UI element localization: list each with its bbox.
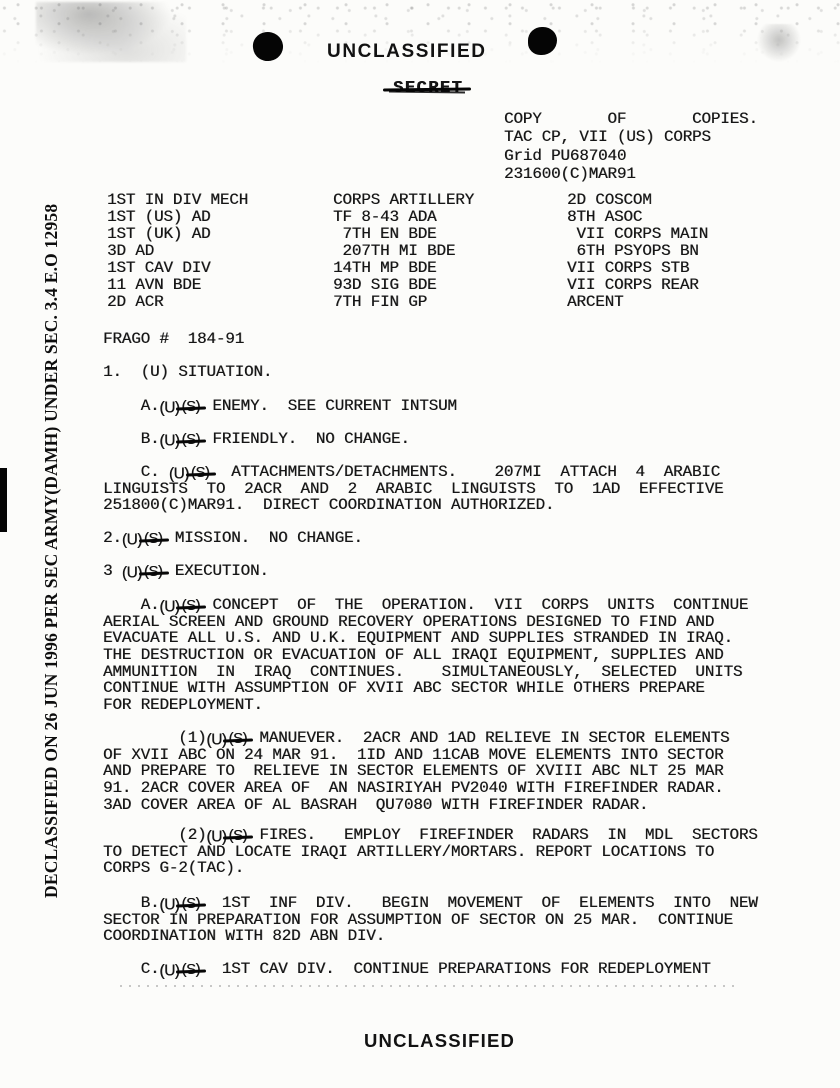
para-text: EVACUATE ALL U.S. AND U.K. EQUIPMENT AND… [103, 630, 763, 647]
para-text: COORDINATION WITH 82D ABN DIV. [103, 928, 763, 945]
para-text: LINGUISTS TO 2ACR AND 2 ARABIC LINGUISTS… [103, 481, 763, 498]
distribution-list: 1ST IN DIV MECH 1ST (US) AD 1ST (UK) AD … [103, 192, 793, 314]
scanned-document-page: UNCLASSIFIED SECRET COPY OF COPIES. TAC … [0, 0, 840, 1088]
para-label: C. [103, 960, 159, 978]
unit-entry: 1ST (US) AD [107, 209, 248, 226]
bottom-classification-banner: UNCLASSIFIED [364, 1030, 515, 1052]
para-text: AND PREPARE TO RELIEVE IN SECTOR ELEMENT… [103, 763, 763, 780]
unit-entry: TF 8-43 ADA [333, 209, 474, 226]
unit-entry: VII CORPS MAIN [567, 226, 708, 243]
para-label: A. [103, 596, 159, 614]
para-3a-concept: A.(U)(S) CONCEPT OF THE OPERATION. VII C… [103, 597, 763, 714]
unit-entry: 1ST IN DIV MECH [107, 192, 248, 209]
scan-artifact-line [120, 985, 740, 987]
para-text: 3AD COVER AREA OF AL BASRAH QU7080 WITH … [103, 797, 763, 814]
unit-entry: 2D COSCOM [567, 192, 708, 209]
unit-entry: 2D ACR [107, 294, 248, 311]
date-time-group-line: 231600(C)MAR91 [504, 165, 758, 183]
unit-entry: ARCENT [567, 294, 708, 311]
struck-s-mark: (S) [191, 464, 210, 481]
para-text: MANUEVER. 2ACR AND 1AD RELIEVE IN SECTOR… [250, 729, 729, 747]
struck-s-mark: (S) [181, 597, 200, 614]
copy-header-block: COPY OF COPIES. TAC CP, VII (US) CORPS G… [504, 110, 758, 184]
struck-s-mark: (S) [181, 398, 200, 415]
para-3b-1st-inf-div: B.(U)(S) 1ST INF DIV. BEGIN MOVEMENT OF … [103, 895, 763, 945]
issuing-hq-line: TAC CP, VII (US) CORPS [504, 128, 758, 146]
unit-entry: 3D AD [107, 243, 248, 260]
para-label: B. [103, 894, 159, 912]
struck-s-mark: (S) [181, 895, 200, 912]
unit-entry: 7TH FIN GP [333, 294, 474, 311]
unit-entry: 14TH MP BDE [333, 260, 474, 277]
frago-number-line: FRAGO # 184-91 [103, 331, 763, 348]
para-label: C. [103, 463, 169, 481]
scan-smudge [36, 2, 186, 62]
distribution-column-2: CORPS ARTILLERY TF 8-43 ADA 7TH EN BDE 2… [333, 192, 474, 311]
struck-secret-stamp: SECRET [393, 79, 463, 98]
unit-entry: 7TH EN BDE [333, 226, 474, 243]
para-text: TO DETECT AND LOCATE IRAQI ARTILLERY/MOR… [103, 844, 763, 861]
para-text: CORPS G-2(TAC). [103, 860, 763, 877]
struck-s-mark: (S) [228, 827, 247, 844]
margin-bar-mark [0, 468, 7, 532]
para-label: 3 [103, 562, 122, 580]
para-text: ATTACHMENTS/DETACHMENTS. 207MI ATTACH 4 … [212, 463, 720, 481]
para-label: (2) [103, 826, 206, 844]
para-label: B. [103, 430, 159, 448]
para-text: 251800(C)MAR91. DIRECT COORDINATION AUTH… [103, 497, 763, 514]
para-1b-friendly: B.(U)(S) FRIENDLY. NO CHANGE. [103, 431, 763, 448]
unit-entry: VII CORPS REAR [567, 277, 708, 294]
unit-entry: VII CORPS STB [567, 260, 708, 277]
para-1c-attachments: C. (U)(S) ATTACHMENTS/DETACHMENTS. 207MI… [103, 464, 763, 514]
distribution-column-1: 1ST IN DIV MECH 1ST (US) AD 1ST (UK) AD … [107, 192, 248, 311]
para-text: AERIAL SCREEN AND GROUND RECOVERY OPERAT… [103, 614, 763, 631]
scan-smudge [755, 24, 803, 64]
para-text: ENEMY. SEE CURRENT INTSUM [203, 397, 457, 415]
para-label: 2. [103, 529, 122, 547]
para-text: FOR REDEPLOYMENT. [103, 697, 763, 714]
para-text: FIRES. EMPLOY FIREFINDER RADARS IN MDL S… [250, 826, 758, 844]
unit-entry: 8TH ASOC [567, 209, 708, 226]
top-classification-banner: UNCLASSIFIED [327, 41, 487, 63]
para-text: OF XVII ABC ON 24 MAR 91. 1ID AND 11CAB … [103, 747, 763, 764]
para-3-execution: 3 (U)(S) EXECUTION. [103, 563, 763, 580]
para-text: SECTOR IN PREPARATION FOR ASSUMPTION OF … [103, 912, 763, 929]
para-label: (1) [103, 729, 206, 747]
struck-s-mark: (S) [181, 961, 200, 978]
unit-entry: 1ST CAV DIV [107, 260, 248, 277]
struck-s-mark: (S) [228, 730, 247, 747]
struck-s-mark: (S) [181, 431, 200, 448]
unit-entry: CORPS ARTILLERY [333, 192, 474, 209]
struck-s-mark: (S) [144, 530, 163, 547]
para-text: 91. 2ACR COVER AREA OF AN NASIRIYAH PV20… [103, 780, 763, 797]
para-3a2-fires: (2)(U)(S) FIRES. EMPLOY FIREFINDER RADAR… [103, 827, 763, 877]
para-text: THE DESTRUCTION OR EVACUATION OF ALL IRA… [103, 647, 763, 664]
unit-entry: 207TH MI BDE [333, 243, 474, 260]
distribution-column-3: 2D COSCOM 8TH ASOC VII CORPS MAIN 6TH PS… [567, 192, 708, 311]
copy-line: COPY OF COPIES. [504, 110, 758, 128]
unit-entry: 11 AVN BDE [107, 277, 248, 294]
para-text: MISSION. NO CHANGE. [165, 529, 362, 547]
para-3a1-maneuver: (1)(U)(S) MANUEVER. 2ACR AND 1AD RELIEVE… [103, 730, 763, 813]
para-text: AMMUNITION IN IRAQ CONTINUES. SIMULTANEO… [103, 664, 763, 681]
unit-entry: 1ST (UK) AD [107, 226, 248, 243]
para-text: 1ST INF DIV. BEGIN MOVEMENT OF ELEMENTS … [203, 894, 758, 912]
para-label: A. [103, 397, 159, 415]
para-text: CONTINUE WITH ASSUMPTION OF XVII ABC SEC… [103, 680, 763, 697]
para-text: 1ST CAV DIV. CONTINUE PREPARATIONS FOR R… [203, 960, 711, 978]
para-1-situation: 1. (U) SITUATION. [103, 364, 763, 381]
para-text: FRIENDLY. NO CHANGE. [203, 430, 410, 448]
unit-entry: 6TH PSYOPS BN [567, 243, 708, 260]
para-text: CONCEPT OF THE OPERATION. VII CORPS UNIT… [203, 596, 748, 614]
para-1a-enemy: A.(U)(S) ENEMY. SEE CURRENT INTSUM [103, 398, 763, 415]
para-text: EXECUTION. [165, 562, 268, 580]
para-2-mission: 2.(U)(S) MISSION. NO CHANGE. [103, 530, 763, 547]
grid-reference-line: Grid PU687040 [504, 147, 758, 165]
declassification-stamp: DECLASSIFIED ON 26 JUN 1996 PER SEC ARMY… [41, 280, 62, 898]
struck-s-mark: (S) [144, 563, 163, 580]
para-3c-1st-cav-div: C.(U)(S) 1ST CAV DIV. CONTINUE PREPARATI… [103, 961, 763, 978]
unit-entry: 93D SIG BDE [333, 277, 474, 294]
